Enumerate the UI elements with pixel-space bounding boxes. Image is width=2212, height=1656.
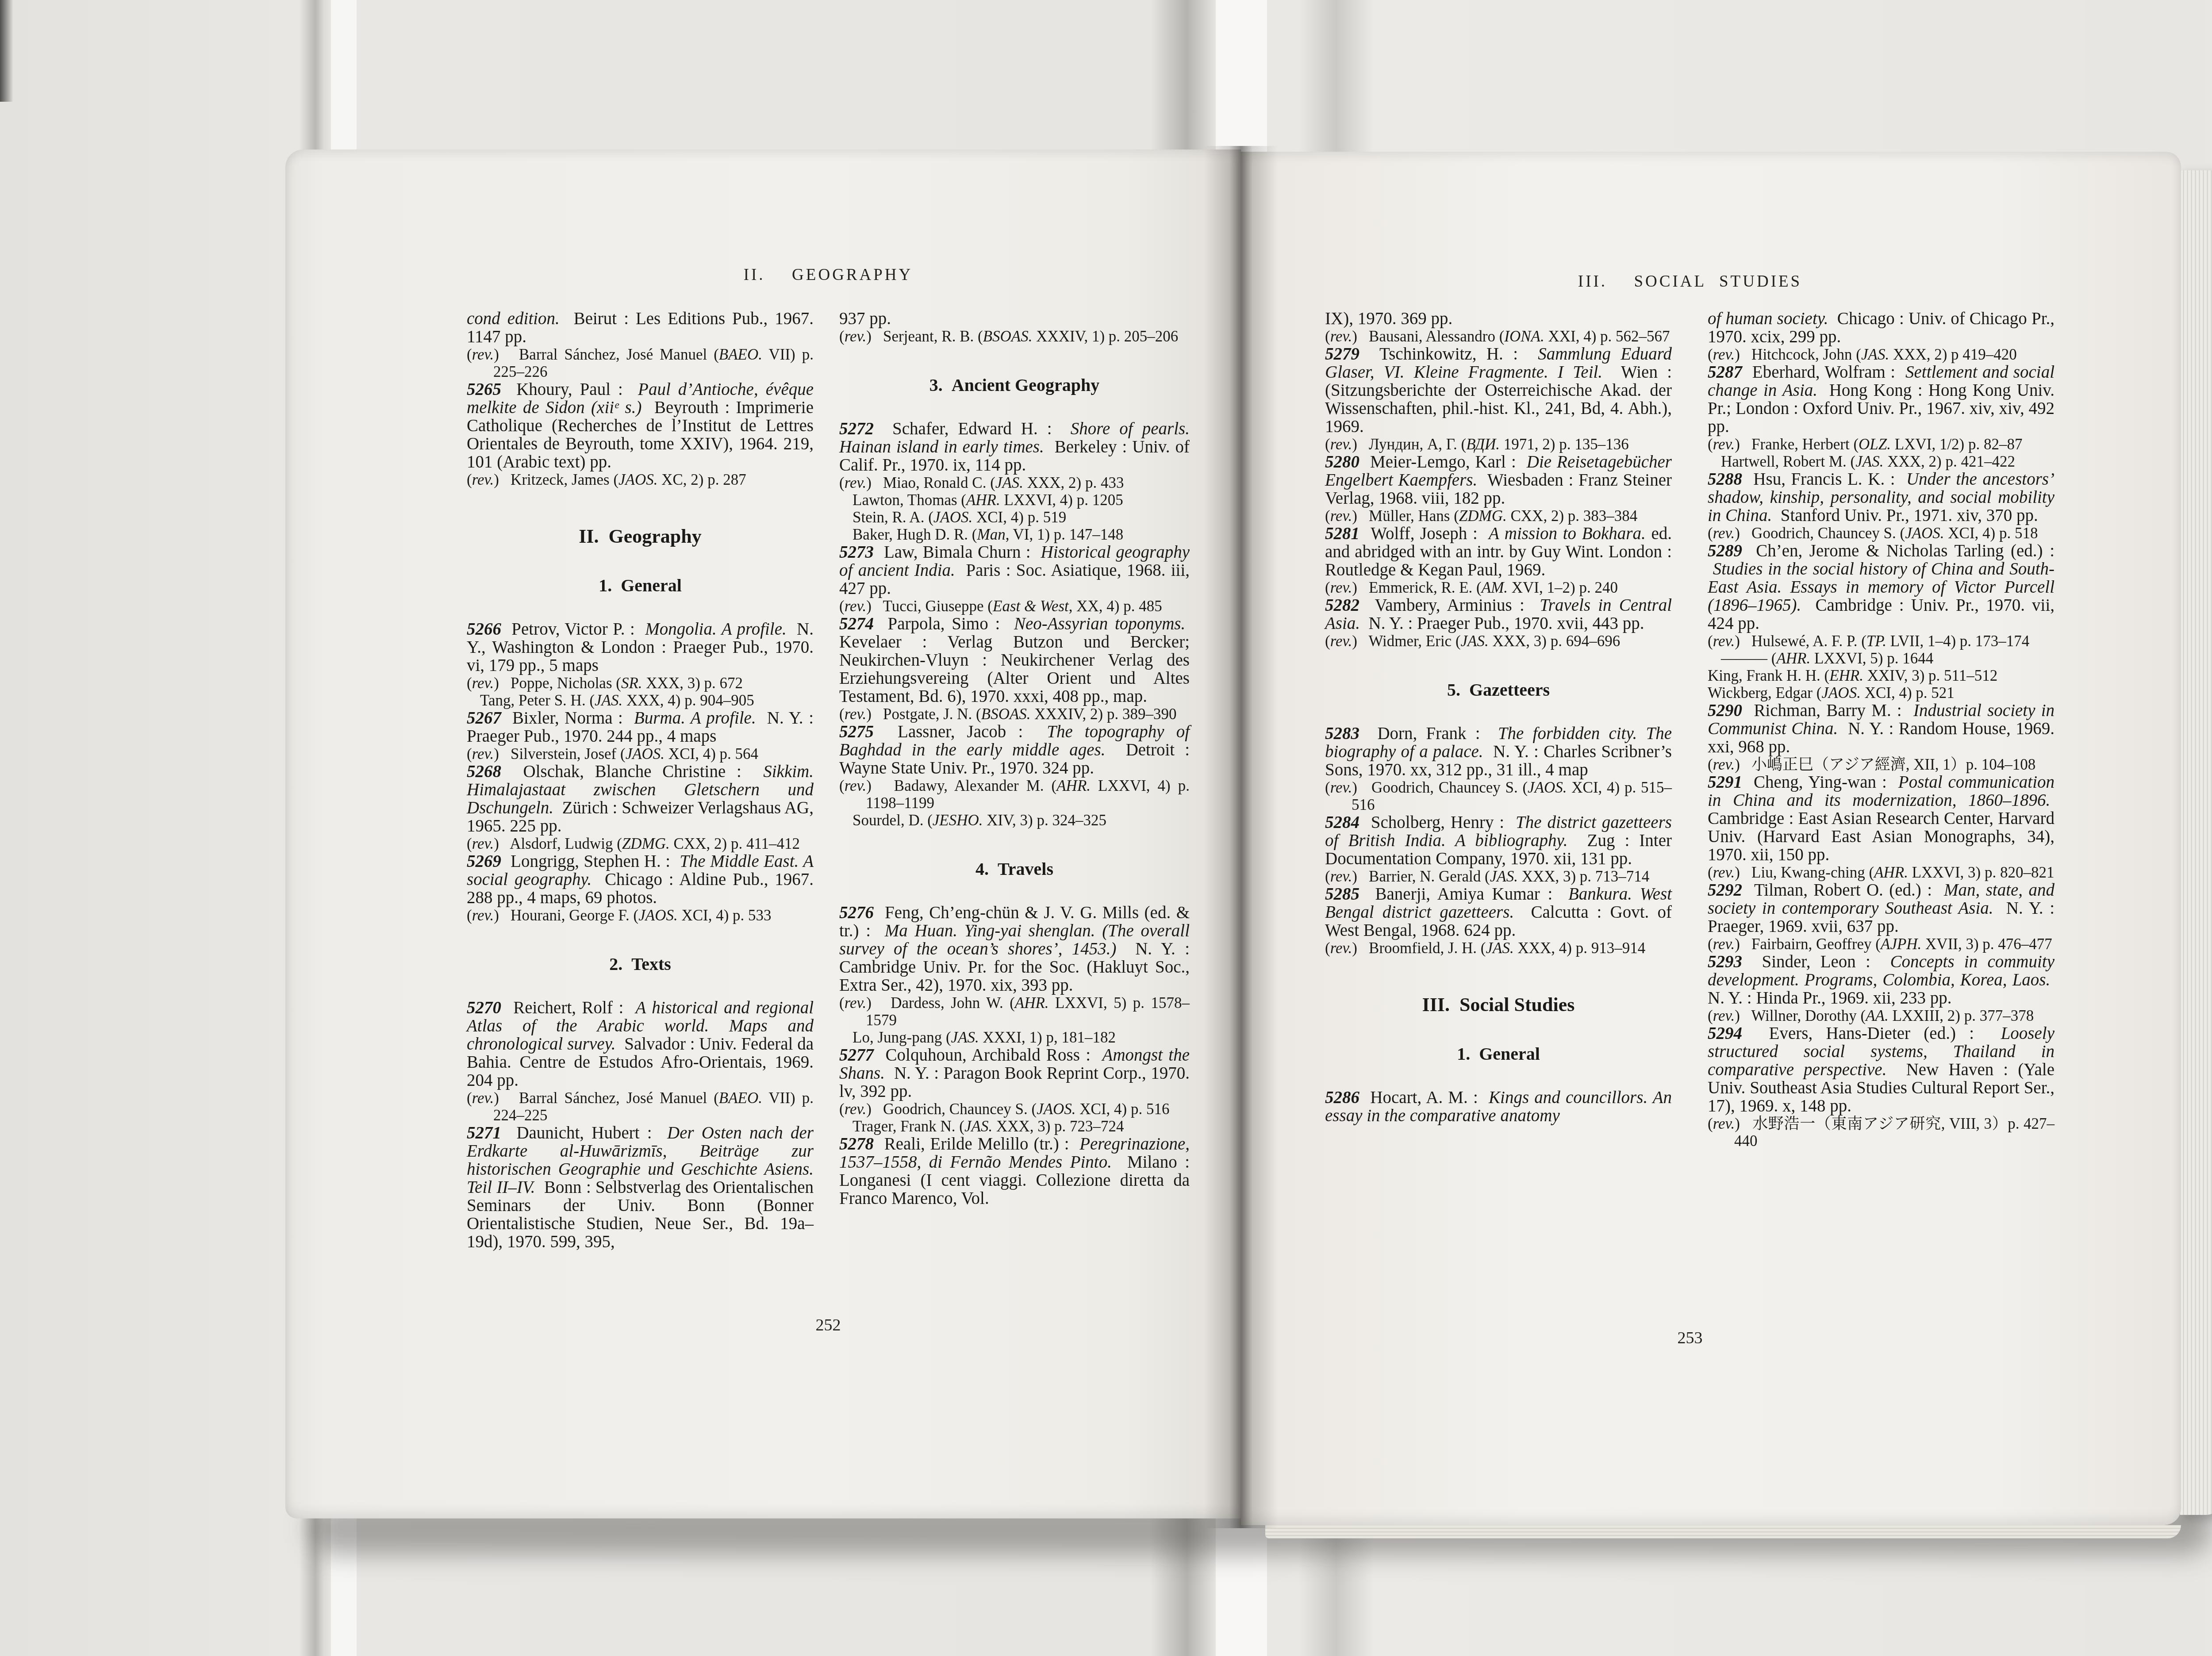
text-run: rev. <box>1330 507 1352 525</box>
text-run: ( <box>467 346 472 363</box>
text-run: rev. <box>845 598 867 615</box>
text-run: LXXIII, 2) p. 377–378 <box>1889 1007 2034 1024</box>
text-run: JAOS. <box>1821 684 1860 701</box>
text-run: rev. <box>1713 1115 1735 1132</box>
text-run: ( <box>1325 868 1330 885</box>
review-line: (rev.) Alsdorf, Ludwig (ZDMG. CXX, 2) p.… <box>467 835 814 852</box>
text-run: ( <box>839 474 845 491</box>
text-run: Parpola, Simo : <box>874 614 1014 633</box>
text-run: Khoury, Paul : <box>501 380 638 399</box>
text-run: King, Frank H. H. ( <box>1708 667 1829 684</box>
left-page-column-1: cond edition. Beirut : Les Editions Pub.… <box>467 310 814 1251</box>
text-run: Longrigg, Stephen H. : <box>501 852 680 871</box>
text-run: ) Tucci, Giuseppe ( <box>866 598 993 615</box>
text-run: 5273 <box>839 543 874 562</box>
bib-entry: 5293 Sinder, Leon : Concepts in commuity… <box>1708 953 2055 1007</box>
bib-entry: 5276 Feng, Ch’eng-chün & J. V. G. Mills … <box>839 904 1190 994</box>
review-line: Wickberg, Edgar (JAOS. XCI, 4) p. 521 <box>1708 684 2055 701</box>
bib-entry: 5283 Dorn, Frank : The forbidden city. T… <box>1325 724 1672 779</box>
text-run: AM. <box>1482 579 1508 596</box>
review-line: (rev.) Bausani, Alessandro (IONA. XXI, 4… <box>1325 328 1672 345</box>
text-run: ) 小嶋正巳（アジア經濟, XII, 1）p. 104–108 <box>1735 756 2035 773</box>
text-run: Eberhard, Wolfram : <box>1742 363 1905 382</box>
text-run: IONA. <box>1504 328 1544 345</box>
text-run: 5268 <box>467 762 501 781</box>
entry-continuation: 937 pp. <box>839 310 1190 328</box>
text-run: IX), 1970. 369 pp. <box>1325 309 1452 328</box>
text-run: ( <box>839 994 845 1012</box>
text-run: rev. <box>845 705 867 723</box>
bottom-page-stack <box>1265 1525 2181 1538</box>
text-run: 5286 <box>1325 1088 1359 1107</box>
text-run: ZDMG. <box>622 835 670 852</box>
bib-entry: 5294 Evers, Hans-Dieter (ed.) : Loosely … <box>1708 1024 2055 1115</box>
text-run: rev. <box>1330 328 1352 345</box>
text-run: rev. <box>1330 868 1352 885</box>
review-line: (rev.) Fairbairn, Geoffrey (AJPH. XVII, … <box>1708 935 2055 953</box>
text-run: AJPH. <box>1881 935 1921 953</box>
text-run: XCI, 4) p. 564 <box>664 745 758 763</box>
text-run: ( <box>1708 632 1713 650</box>
bib-entry: 5272 Schafer, Edward H. : Shore of pearl… <box>839 420 1190 474</box>
subsection-heading: 4. Travels <box>839 860 1190 878</box>
right-page-column-2: of human society. Chicago : Univ. of Chi… <box>1708 310 2055 1150</box>
text-run: rev. <box>472 675 494 692</box>
text-run: XXXI, 1) p, 181–182 <box>979 1029 1116 1046</box>
bib-entry: 5289 Ch’en, Jerome & Nicholas Tarling (e… <box>1708 542 2055 632</box>
text-run: JAS. <box>1461 632 1489 650</box>
text-run: 5291 <box>1708 773 1742 792</box>
text-run: JAS. <box>995 474 1023 491</box>
text-run: ) Emmerick, R. E. ( <box>1352 579 1482 596</box>
text-run: JAS. <box>1490 868 1518 885</box>
text-run: 5275 <box>839 722 874 741</box>
fore-edge-page-stack <box>2180 170 2212 1515</box>
text-run: AHR. <box>1015 994 1049 1012</box>
text-run: rev. <box>845 777 867 794</box>
text-run: AHR. <box>1874 864 1908 881</box>
review-line-secondary: Tang, Peter S. H. (JAS. XXX, 4) p. 904–9… <box>467 692 814 709</box>
review-line: (rev.) Postgate, J. N. (BSOAS. XXXIV, 2)… <box>839 705 1190 723</box>
text-run: 5277 <box>839 1046 874 1065</box>
text-run: ( <box>1708 1115 1713 1132</box>
text-run: Schafer, Edward H. : <box>874 419 1071 438</box>
section-heading: II. Geography <box>467 527 814 545</box>
text-run: ) Kritzeck, James ( <box>494 471 618 488</box>
review-line: (rev.) Widmer, Eric (JAS. XXX, 3) p. 694… <box>1325 632 1672 650</box>
text-run: JAOS. <box>626 745 664 763</box>
bib-entry: 5265 Khoury, Paul : Paul d’Antioche, évê… <box>467 380 814 471</box>
review-line: (rev.) Goodrich, Chauncey S. (JAOS. XCI,… <box>1325 779 1672 813</box>
text-run: XCI, 4) p. 519 <box>972 509 1066 526</box>
subsection-heading: 2. Texts <box>467 955 814 973</box>
review-line: (rev.) Badawy, Alexander M. (AHR. LXXVI,… <box>839 777 1190 812</box>
review-line: (rev.) Silverstein, Josef (JAOS. XCI, 4)… <box>467 745 814 763</box>
review-line: (rev.) Tucci, Giuseppe (East & West, XX,… <box>839 598 1190 615</box>
entry-continuation: of human society. Chicago : Univ. of Chi… <box>1708 310 2055 346</box>
text-run: BSOAS. <box>983 328 1033 345</box>
entry-continuation: IX), 1970. 369 pp. <box>1325 310 1672 328</box>
text-run: ) Serjeant, R. B. ( <box>866 328 983 345</box>
text-run: ( <box>1325 579 1330 596</box>
text-run: XXX, 2) p. 421–422 <box>1883 453 2015 470</box>
text-run: ( <box>839 598 845 615</box>
text-run: XVII, 3) p. 476–477 <box>1921 935 2052 953</box>
text-run: Banerji, Amiya Kumar : <box>1359 885 1568 904</box>
text-run: LXXVI, 4) p. 1205 <box>1000 491 1123 509</box>
text-run: rev. <box>1713 1007 1735 1024</box>
text-run: ) Goodrich, Chauncey S. ( <box>866 1100 1037 1118</box>
text-run: rev. <box>1713 525 1735 542</box>
text-run: Meier-Lemgo, Karl : <box>1359 452 1527 471</box>
bib-entry: 5286 Hocart, A. M. : Kings and councillo… <box>1325 1089 1672 1125</box>
text-run: XVI, 1–2) p. 240 <box>1508 579 1618 596</box>
photo-corner-shadow <box>0 0 13 102</box>
book-photo: II. GEOGRAPHY cond edition. Beirut : Les… <box>0 0 2212 1656</box>
text-run: ZDMG. <box>1459 507 1507 525</box>
text-run: ( <box>1708 935 1713 953</box>
text-run: ( <box>467 835 472 852</box>
text-run: ( <box>1708 346 1713 363</box>
review-line-secondary: Lo, Jung-pang (JAS. XXXI, 1) p, 181–182 <box>839 1029 1190 1046</box>
text-run: Baker, Hugh D. R. ( <box>853 526 977 543</box>
text-run: ( <box>467 745 472 763</box>
text-run: rev. <box>472 1089 494 1107</box>
text-run: 5292 <box>1708 881 1742 900</box>
text-run: ) Barrier, N. Gerald ( <box>1352 868 1490 885</box>
text-run: ( <box>1708 525 1713 542</box>
text-run: JAOS. <box>618 471 657 488</box>
text-run: ) Silverstein, Josef ( <box>494 745 625 763</box>
text-run: rev. <box>1330 779 1352 796</box>
review-line: King, Frank H. H. (EHR. XXIV, 3) p. 511–… <box>1708 667 2055 684</box>
bib-entry: 5269 Longrigg, Stephen H. : The Middle E… <box>467 852 814 907</box>
review-line-secondary: Trager, Frank N. (JAS. XXX, 3) p. 723–72… <box>839 1118 1190 1135</box>
text-run: rev. <box>1713 935 1735 953</box>
text-run: cond edition. <box>467 309 560 328</box>
text-run: Lawton, Thomas ( <box>853 491 966 509</box>
text-run: BAEO. <box>719 1089 762 1107</box>
text-run: 5285 <box>1325 885 1359 904</box>
text-run: Evers, Hans-Dieter (ed.) : <box>1742 1024 2001 1043</box>
text-run: XXXIV, 1) p. 205–206 <box>1032 328 1178 345</box>
review-line-secondary: Stein, R. A. (JAOS. XCI, 4) p. 519 <box>839 509 1190 526</box>
text-run: 5272 <box>839 419 874 438</box>
text-run: ( <box>1708 756 1713 773</box>
review-line: (rev.) Müller, Hans (ZDMG. CXX, 2) p. 38… <box>1325 507 1672 525</box>
review-line-secondary: Sourdel, D. (JESHO. XIV, 3) p. 324–325 <box>839 812 1190 829</box>
text-run: ) Fairbairn, Geoffrey ( <box>1735 935 1881 953</box>
text-run: ) Widmer, Eric ( <box>1352 632 1460 650</box>
review-line: (rev.) 小嶋正巳（アジア經濟, XII, 1）p. 104–108 <box>1708 756 2055 773</box>
text-run: ( <box>1708 1007 1713 1024</box>
text-run: AHR. <box>1776 650 1810 667</box>
text-run: 1. General <box>1457 1044 1540 1064</box>
text-run: 5288 <box>1708 470 1742 489</box>
text-run: JAS. <box>1486 939 1514 957</box>
text-run: XXX, 3) p. 694–696 <box>1489 632 1620 650</box>
text-run: ) Hitchcock, John ( <box>1735 346 1861 363</box>
review-line: (rev.) Miao, Ronald C. (JAS. XXX, 2) p. … <box>839 474 1190 491</box>
text-run: ) Franke, Herbert ( <box>1735 436 1859 453</box>
text-run: N. Y. : Praeger Pub., 1970. xvii, 443 pp… <box>1360 614 1644 633</box>
text-run: ( <box>1325 328 1330 345</box>
text-run: XCI, 4) p. 518 <box>1944 525 2038 542</box>
review-line-secondary: Lawton, Thomas (AHR. LXXVI, 4) p. 1205 <box>839 491 1190 509</box>
review-line: (rev.) Hitchcock, John (JAS. XXX, 2) p 4… <box>1708 346 2055 363</box>
bib-entry: 5288 Hsu, Francis L. K. : Under the ance… <box>1708 470 2055 525</box>
text-run: rev. <box>1330 632 1352 650</box>
text-run: Colquhoun, Archibald Ross : <box>874 1046 1102 1065</box>
bib-entry: 5273 Law, Bimala Churn : Historical geog… <box>839 543 1190 598</box>
text-run: Burma. A profile. <box>634 709 756 728</box>
text-run: XCI, 4) p. 533 <box>678 907 772 924</box>
text-run: 1971, 2) p. 135–136 <box>1500 436 1629 453</box>
review-line: (rev.) Barral Sánchez, José Manuel (BAEO… <box>467 1089 814 1124</box>
text-run: 5284 <box>1325 813 1359 832</box>
review-line: (rev.) Hulsewé, A. F. P. (TP. LVII, 1–4)… <box>1708 632 2055 650</box>
text-run: ) Bausani, Alessandro ( <box>1352 328 1504 345</box>
text-run: Wickberg, Edgar ( <box>1708 684 1821 701</box>
subsection-heading: 1. General <box>1325 1045 1672 1063</box>
review-line: (rev.) Hourani, George F. (JAOS. XCI, 4)… <box>467 907 814 924</box>
review-line: (rev.) Liu, Kwang-ching (AHR. LXXVI, 3) … <box>1708 864 2055 881</box>
text-run: ( <box>1708 864 1713 881</box>
entry-continuation: cond edition. Beirut : Les Editions Pub.… <box>467 310 814 346</box>
bib-entry: 5267 Bixler, Norma : Burma. A profile. N… <box>467 709 814 745</box>
text-run: rev. <box>1713 756 1735 773</box>
text-run: ) Лундин, А, Г. ( <box>1352 436 1466 453</box>
text-run: ) Goodrich, Chauncey S. ( <box>1352 779 1528 796</box>
review-line: (rev.) Franke, Herbert (OLZ. LXVI, 1/2) … <box>1708 436 2055 453</box>
text-run: 5289 <box>1708 541 1742 560</box>
text-run: XXIV, 3) p. 511–512 <box>1863 667 1997 684</box>
text-run: ( <box>467 471 472 488</box>
text-run: Mongolia. A profile. <box>645 620 786 639</box>
text-run: 5271 <box>467 1123 501 1142</box>
text-run: 5282 <box>1325 596 1359 615</box>
text-run: ) Müller, Hans ( <box>1352 507 1459 525</box>
text-run: EHR. <box>1829 667 1863 684</box>
running-head-right: III. SOCIAL STUDIES <box>1325 272 2055 291</box>
text-run: Cheng, Ying-wan : <box>1742 773 1898 792</box>
review-line-secondary: Hartwell, Robert M. (JAS. XXX, 2) p. 421… <box>1708 453 2055 470</box>
text-run: 5270 <box>467 998 501 1017</box>
text-run: 5294 <box>1708 1024 1742 1043</box>
bib-entry: 5280 Meier-Lemgo, Karl : Die Reisetagebü… <box>1325 453 1672 507</box>
text-run: JAOS. <box>933 509 972 526</box>
text-run: III. Social Studies <box>1422 994 1575 1016</box>
text-run: Reali, Erilde Melillo (tr.) : <box>874 1135 1079 1154</box>
text-run: 5267 <box>467 709 501 728</box>
text-run: JAOS. <box>638 907 677 924</box>
bib-entry: 5277 Colquhoun, Archibald Ross : Amongst… <box>839 1046 1190 1100</box>
text-run: Petrov, Victor P. : <box>501 620 645 639</box>
bib-entry: 5282 Vambery, Arminius : Travels in Cent… <box>1325 596 1672 632</box>
text-run: Dorn, Frank : <box>1359 724 1498 743</box>
page-number-left: 252 <box>467 1315 1190 1335</box>
text-run: Sourdel, D. ( <box>853 812 933 829</box>
text-run: rev. <box>472 835 494 852</box>
text-run: Reichert, Rolf : <box>501 998 635 1017</box>
text-run: Scholberg, Henry : <box>1359 813 1516 832</box>
text-run: XIV, 3) p. 324–325 <box>983 812 1106 829</box>
text-run: rev. <box>1713 436 1735 453</box>
left-page: II. GEOGRAPHY cond edition. Beirut : Les… <box>285 149 1241 1518</box>
bib-entry: 5271 Daunicht, Hubert : Der Osten nach d… <box>467 1124 814 1251</box>
text-run: Stein, R. A. ( <box>853 509 933 526</box>
text-run: LXXVI, 3) p. 820–821 <box>1908 864 2055 881</box>
text-run: XXX, 3) p. 713–714 <box>1518 868 1649 885</box>
text-run: 5274 <box>839 614 874 633</box>
text-run: Neo-Assyrian toponyms. <box>1014 614 1185 633</box>
text-run: ) Alsdorf, Ludwig ( <box>494 835 622 852</box>
text-run: 937 pp. <box>839 309 891 328</box>
text-run: rev. <box>1330 579 1352 596</box>
text-run: XXX, 4) p. 904–905 <box>622 692 754 709</box>
text-run: ( <box>839 1100 845 1118</box>
bib-entry: 5291 Cheng, Ying-wan : Postal communicat… <box>1708 773 2055 864</box>
text-run: Tilman, Robert O. (ed.) : <box>1742 881 1944 900</box>
text-run: ( <box>1325 779 1330 796</box>
text-run: East & West <box>993 598 1069 615</box>
text-run: ( <box>1325 632 1330 650</box>
text-run: Wolff, Joseph : <box>1359 524 1489 543</box>
text-run: XXX, 3) p. 672 <box>642 675 743 692</box>
text-run: XXX, 4) p. 913–914 <box>1514 939 1645 957</box>
bib-entry: 5270 Reichert, Rolf : A historical and r… <box>467 999 814 1089</box>
page-number-right: 253 <box>1325 1328 2055 1348</box>
text-run: JAS. <box>595 692 622 709</box>
text-run: 5269 <box>467 852 501 871</box>
bib-entry: 5287 Eberhard, Wolfram : Settlement and … <box>1708 363 2055 436</box>
text-run: ( <box>1708 436 1713 453</box>
text-run: 1. General <box>599 575 682 595</box>
bib-entry: 5274 Parpola, Simo : Neo-Assyrian topony… <box>839 615 1190 705</box>
text-run: 5290 <box>1708 701 1742 720</box>
text-run: JAOS. <box>1528 779 1567 796</box>
bib-entry: 5275 Lassner, Jacob : The topography of … <box>839 723 1190 777</box>
review-line: (rev.) Лундин, А, Г. (ВДИ. 1971, 2) p. 1… <box>1325 436 1672 453</box>
review-line: (rev.) Kritzeck, James (JAOS. XC, 2) p. … <box>467 471 814 488</box>
text-run: JAS. <box>1855 453 1883 470</box>
text-run: OLZ. <box>1859 436 1891 453</box>
text-run: XCI, 4) p. 521 <box>1861 684 1955 701</box>
text-run: A mission to Bokhara. <box>1489 524 1646 543</box>
text-run: CXX, 2) p. 411–412 <box>670 835 800 852</box>
text-run: Lo, Jung-pang ( <box>853 1029 951 1046</box>
text-run: ) Hourani, George F. ( <box>494 907 638 924</box>
bib-entry: 5278 Reali, Erilde Melillo (tr.) : Pereg… <box>839 1135 1190 1207</box>
text-run: XC, 2) p. 287 <box>658 471 746 488</box>
text-run: 5279 <box>1325 345 1359 364</box>
text-run: XXXIV, 2) p. 389–390 <box>1031 705 1177 723</box>
bib-entry: 5290 Richman, Barry M. : Industrial soci… <box>1708 701 2055 756</box>
review-line: (rev.) Dardess, John W. (AHR. LXXVI, 5) … <box>839 994 1190 1029</box>
text-run: Hsu, Francis L. K. : <box>1742 470 1906 489</box>
text-run: BAEO. <box>719 346 762 363</box>
text-run: N. Y. : Paragon Book Reprint Corp., 1970… <box>839 1064 1190 1101</box>
review-line: (rev.) Willner, Dorothy (AA. LXXIII, 2) … <box>1708 1007 2055 1024</box>
text-run: 5266 <box>467 620 501 639</box>
review-line: (rev.) Serjeant, R. B. (BSOAS. XXXIV, 1)… <box>839 328 1190 345</box>
text-run: TP. <box>1866 632 1886 650</box>
text-run: rev. <box>1713 346 1735 363</box>
bib-entry: 5268 Olschak, Blanche Christine : Sikkim… <box>467 763 814 835</box>
section-heading: III. Social Studies <box>1325 996 1672 1014</box>
text-run: JAS. <box>1861 346 1889 363</box>
review-line: (rev.) Broomfield, J. H. (JAS. XXX, 4) p… <box>1325 939 1672 957</box>
text-run: XXX, 2) p 419–420 <box>1889 346 2017 363</box>
text-run: 5280 <box>1325 452 1359 471</box>
text-run: ——— ( <box>1721 650 1776 667</box>
text-run: ) Willner, Dorothy ( <box>1735 1007 1866 1024</box>
text-run: JESHO. <box>933 812 983 829</box>
text-run: BSOAS. <box>981 705 1031 723</box>
text-run: XXX, 3) p. 723–724 <box>992 1118 1124 1135</box>
text-run: SR. <box>621 675 642 692</box>
text-run: rev. <box>845 1100 867 1118</box>
text-run: Olschak, Blanche Christine : <box>501 762 763 781</box>
text-run: 5287 <box>1708 363 1742 382</box>
review-line: (rev.) Barrier, N. Gerald (JAS. XXX, 3) … <box>1325 868 1672 885</box>
text-run: ) Miao, Ronald C. ( <box>866 474 995 491</box>
text-run: ( <box>839 777 845 794</box>
text-run: 5276 <box>839 903 874 922</box>
bib-entry: 5281 Wolff, Joseph : A mission to Bokhar… <box>1325 525 1672 579</box>
text-run: 5293 <box>1708 952 1742 971</box>
text-run: JAOS. <box>1905 525 1944 542</box>
text-run: Lassner, Jacob : <box>874 722 1047 741</box>
review-line: (rev.) Poppe, Nicholas (SR. XXX, 3) p. 6… <box>467 675 814 692</box>
text-run: ) Liu, Kwang-ching ( <box>1735 864 1874 881</box>
review-line: (rev.) 水野浩一（東南アジア研究, VIII, 3）p. 427–440 <box>1708 1115 2055 1150</box>
text-run: Richman, Barry M. : <box>1742 701 1913 720</box>
text-run: LXXVI, 5) p. 1644 <box>1810 650 1933 667</box>
subsection-heading: 1. General <box>467 576 814 594</box>
text-run: Vambery, Arminius : <box>1359 596 1540 615</box>
text-run: ) Broomfield, J. H. ( <box>1352 939 1486 957</box>
text-run: ) Poppe, Nicholas ( <box>494 675 621 692</box>
subsection-heading: 5. Gazetteers <box>1325 681 1672 699</box>
text-run: , VI, 1) p. 147–148 <box>1006 526 1124 543</box>
running-head-left: II. GEOGRAPHY <box>467 265 1190 284</box>
text-run: , XX, 4) p. 485 <box>1069 598 1162 615</box>
bib-entry: 5285 Banerji, Amiya Kumar : Bankura. Wes… <box>1325 885 1672 939</box>
text-run: ВДИ. <box>1466 436 1500 453</box>
text-run: rev. <box>1330 436 1352 453</box>
text-run: ) 水野浩一（東南アジア研究, VIII, 3）p. 427–440 <box>1734 1115 2055 1150</box>
text-run: ) Badawy, Alexander M. ( <box>866 777 1056 794</box>
bib-entry: 5266 Petrov, Victor P. : Mongolia. A pro… <box>467 620 814 675</box>
review-line: (rev.) Goodrich, Chauncey S. (JAOS. XCI,… <box>1708 525 2055 542</box>
text-run: rev. <box>845 994 867 1012</box>
text-run: Hocart, A. M. : <box>1359 1088 1489 1107</box>
text-run: XXX, 2) p. 433 <box>1023 474 1124 491</box>
text-run: Stanford Univ. Pr., 1971. xiv, 370 pp. <box>1772 506 2038 525</box>
text-run: rev. <box>472 907 494 924</box>
text-run: ( <box>839 705 845 723</box>
text-run: ( <box>1325 436 1330 453</box>
text-run: CXX, 2) p. 383–384 <box>1507 507 1638 525</box>
text-run: ) Postgate, J. N. ( <box>866 705 981 723</box>
review-line: (rev.) Barral Sánchez, José Manuel (BAEO… <box>467 346 814 380</box>
subsection-heading: 3. Ancient Geography <box>839 376 1190 394</box>
text-run: rev. <box>1713 632 1735 650</box>
text-run: Tang, Peter S. H. ( <box>480 692 595 709</box>
text-run: ) Barral Sánchez, José Manuel ( <box>494 1089 719 1107</box>
text-run: AA. <box>1866 1007 1889 1024</box>
